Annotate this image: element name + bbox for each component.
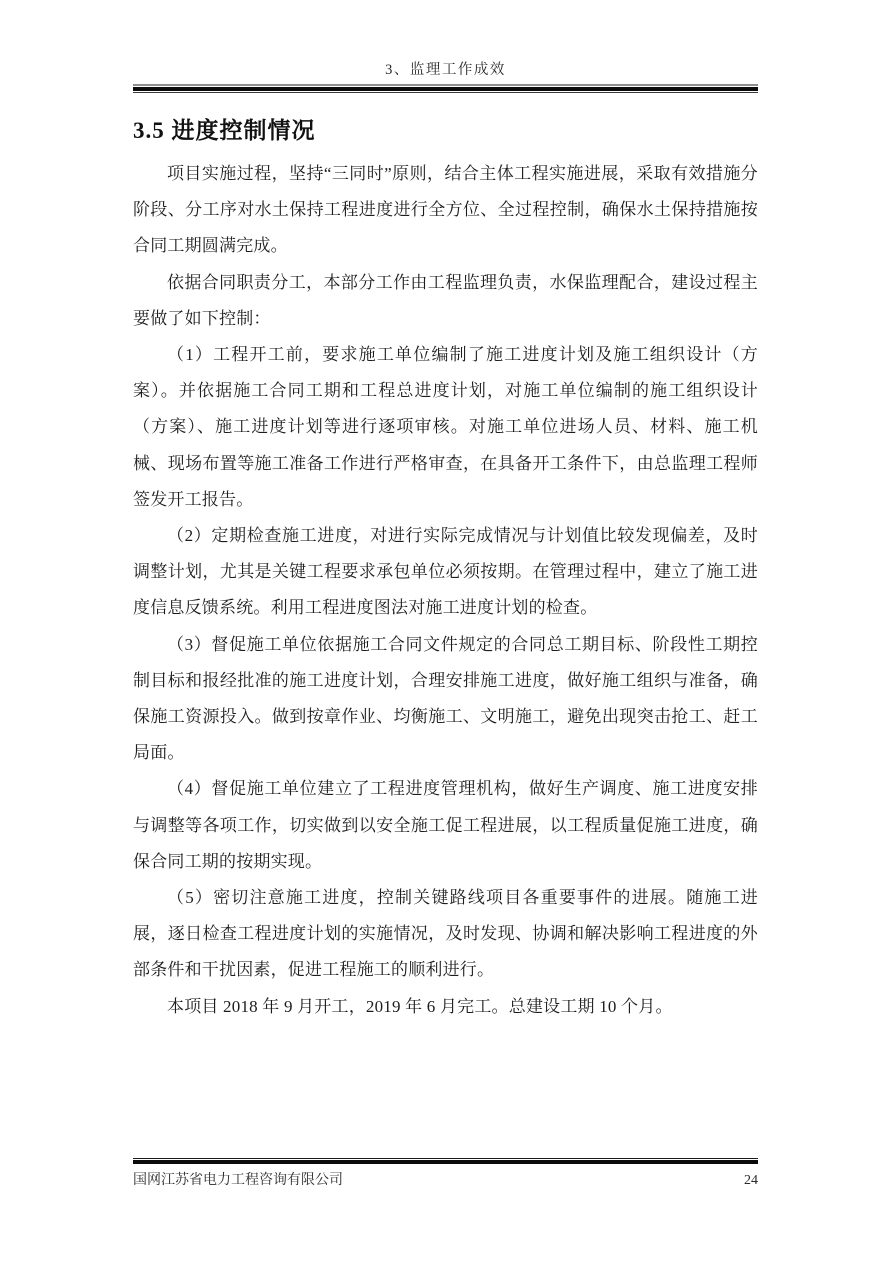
page-content: 3、监理工作成效 3.5 进度控制情况 项目实施过程，坚持“三同时”原则，结合主…: [133, 0, 758, 1025]
document-body: 项目实施过程，坚持“三同时”原则，结合主体工程实施进展，采取有效措施分阶段、分工…: [133, 156, 758, 1025]
section-title: 3.5 进度控制情况: [133, 112, 758, 145]
paragraph: （1）工程开工前，要求施工单位编制了施工进度计划及施工组织设计（方案）。并依据施…: [133, 337, 758, 518]
page-footer: 国网江苏省电力工程咨询有限公司 24: [133, 1158, 758, 1189]
paragraph: （4）督促施工单位建立了工程进度管理机构，做好生产调度、施工进度安排与调整等各项…: [133, 771, 758, 880]
paragraph: 本项目 2018 年 9 月开工，2019 年 6 月完工。总建设工期 10 个…: [133, 989, 758, 1025]
header-rule: [133, 84, 758, 93]
paragraph: 项目实施过程，坚持“三同时”原则，结合主体工程实施进展，采取有效措施分阶段、分工…: [133, 156, 758, 265]
paragraph: （3）督促施工单位依据施工合同文件规定的合同总工期目标、阶段性工期控制目标和报经…: [133, 627, 758, 772]
paragraph: （5）密切注意施工进度，控制关键路线项目各重要事件的进展。随施工进展，逐日检查工…: [133, 880, 758, 989]
document-page: 3、监理工作成效 3.5 进度控制情况 项目实施过程，坚持“三同时”原则，结合主…: [0, 0, 892, 1263]
footer-row: 国网江苏省电力工程咨询有限公司 24: [133, 1169, 758, 1189]
paragraph: （2）定期检查施工进度，对进行实际完成情况与计划值比较发现偏差，及时调整计划，尤…: [133, 518, 758, 627]
paragraph: 依据合同职责分工，本部分工作由工程监理负责，水保监理配合，建设过程主要做了如下控…: [133, 265, 758, 337]
footer-rule: [133, 1158, 758, 1164]
footer-company-name: 国网江苏省电力工程咨询有限公司: [133, 1169, 343, 1189]
running-header-title: 3、监理工作成效: [133, 0, 758, 79]
footer-page-number: 24: [744, 1173, 758, 1189]
